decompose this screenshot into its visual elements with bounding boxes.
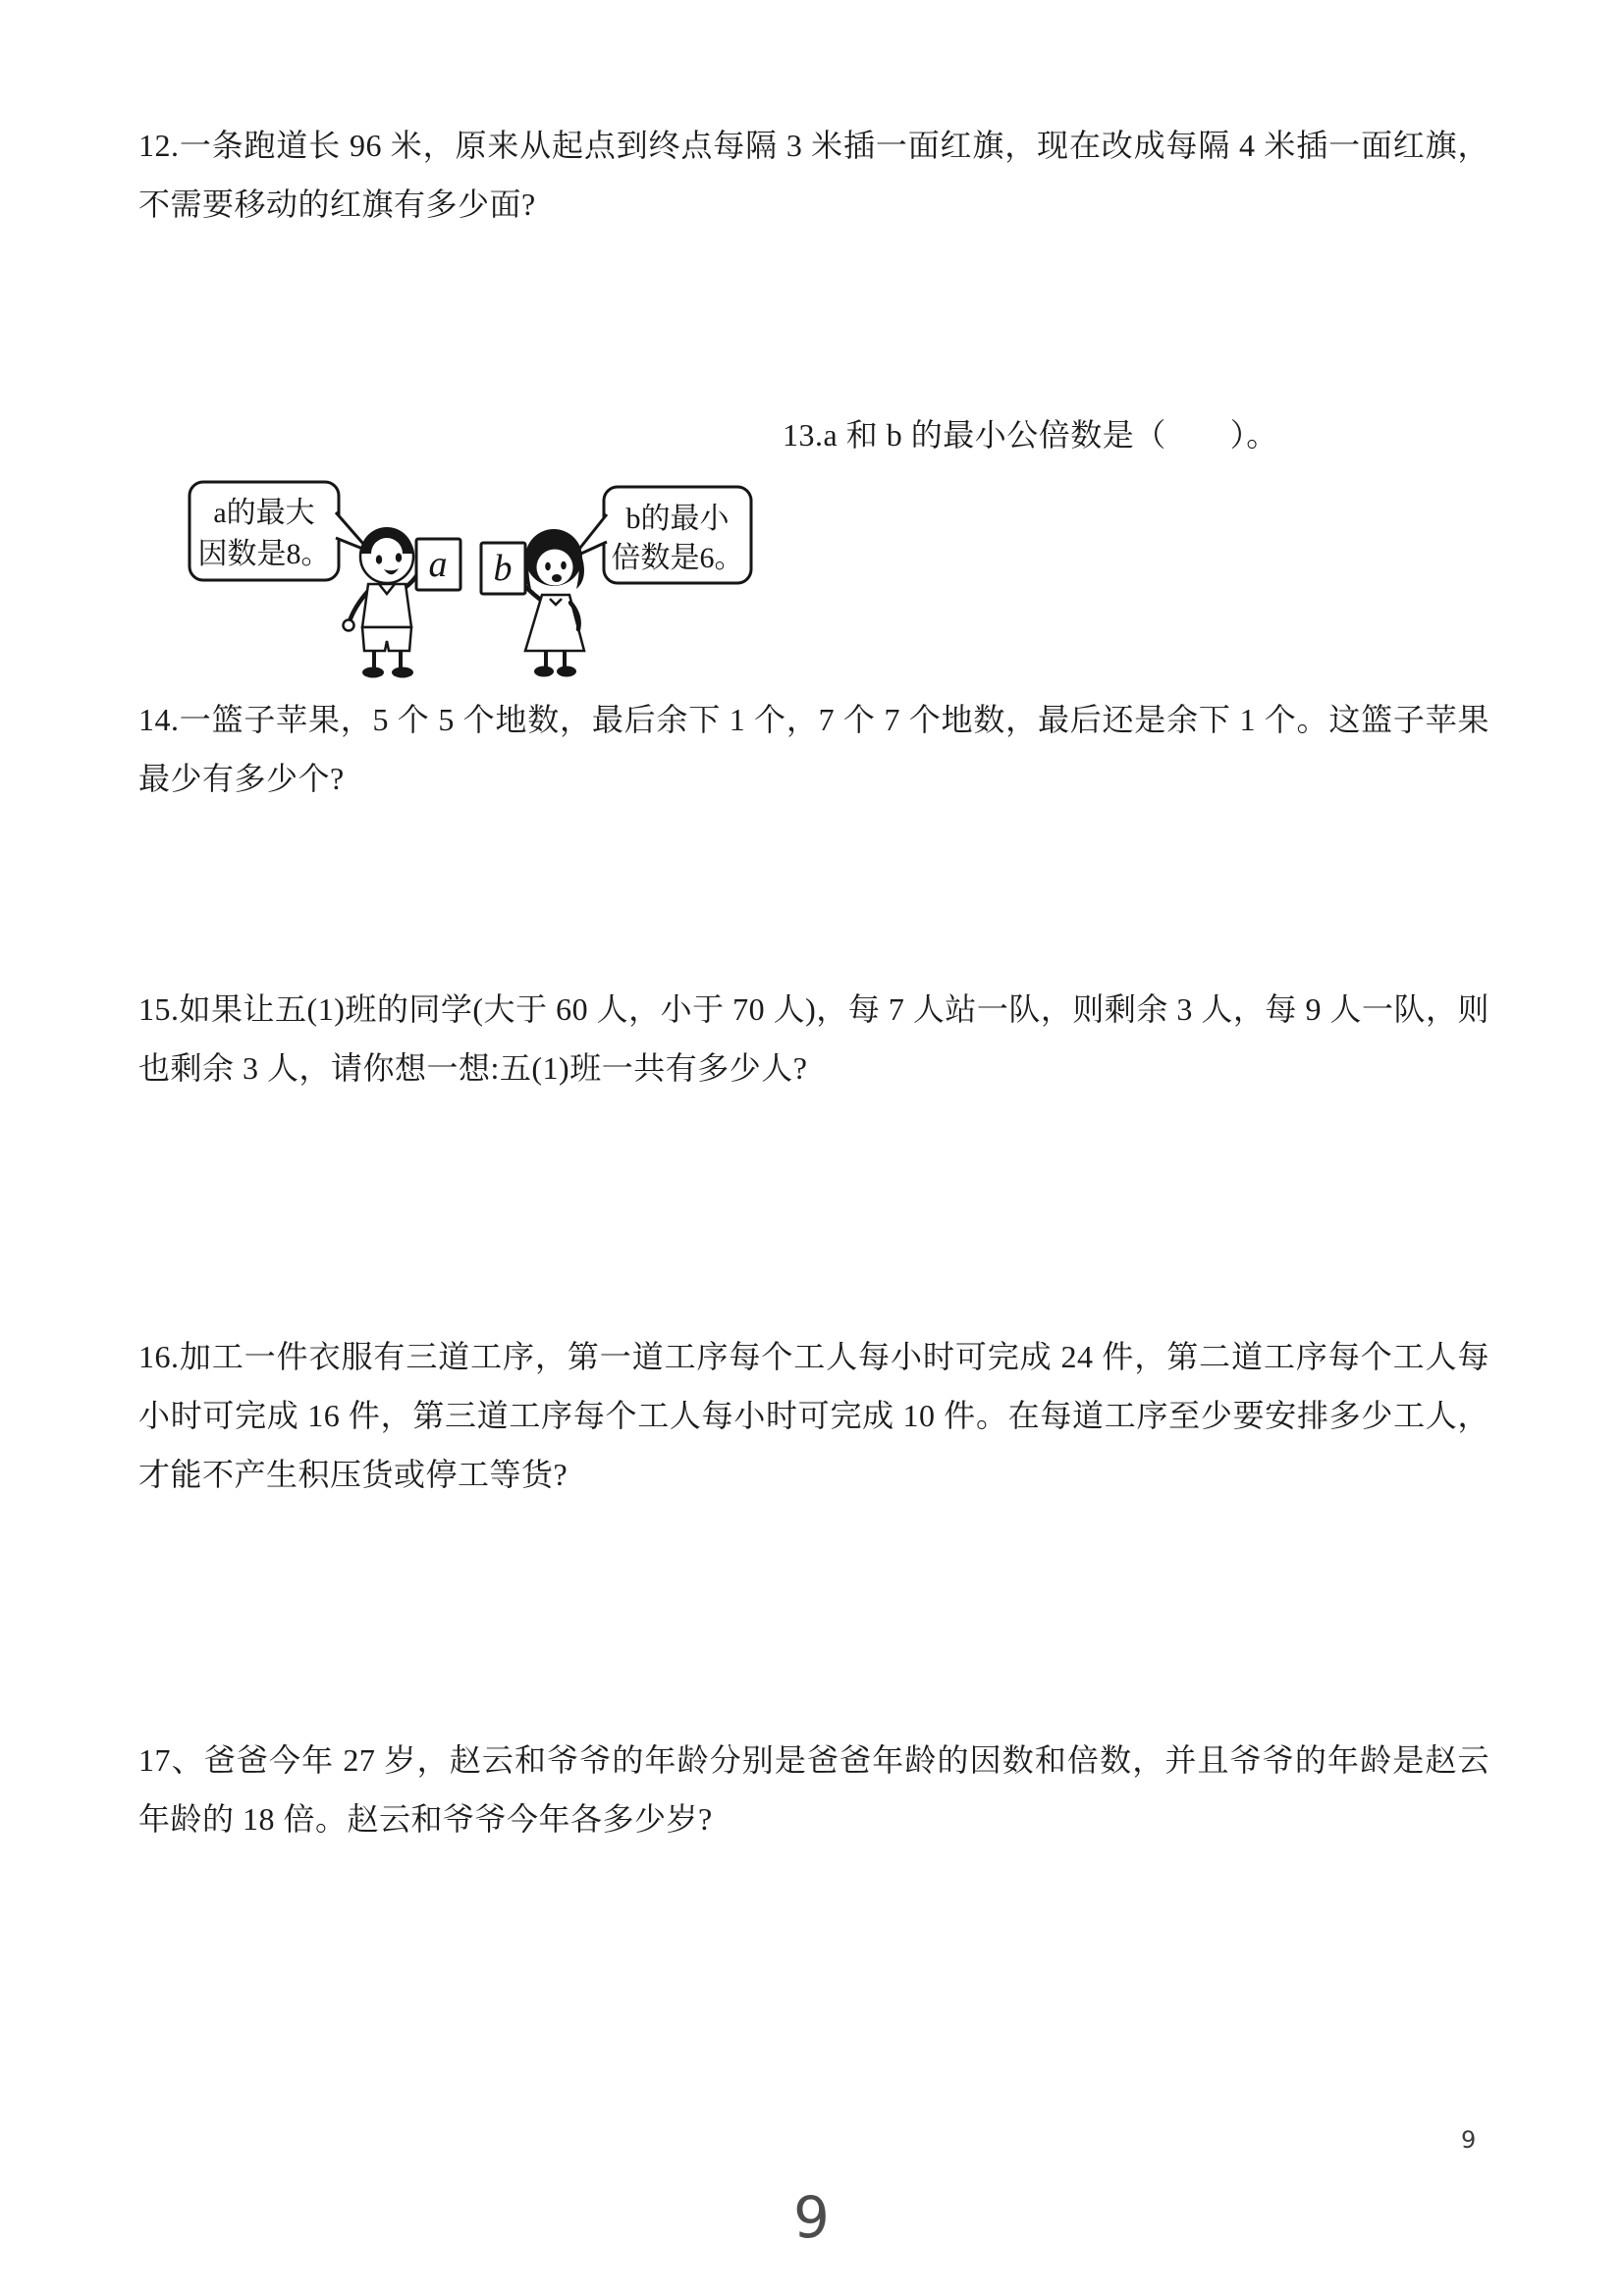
- question-14: 14.一篮子苹果，5 个 5 个地数，最后余下 1 个，7 个 7 个地数，最后…: [138, 690, 1489, 808]
- viewer-page-number: 9: [0, 2189, 1623, 2246]
- footer-page-number: 9: [1461, 2128, 1476, 2152]
- speech-bubble-left: a的最大 因数是8。: [189, 482, 370, 580]
- question-13: 13.a 和 b 的最小公倍数是（ ）。: [783, 405, 1278, 464]
- left-bubble-line1: a的最大: [213, 497, 314, 529]
- right-bubble-line2: 倍数是6。: [612, 542, 744, 574]
- worksheet-page: 12.一条跑道长 96 米，原来从起点到终点每隔 3 米插一面红旗，现在改成每隔…: [0, 0, 1623, 2296]
- left-bubble-line2: 因数是8。: [198, 538, 331, 570]
- card-a: a: [416, 539, 460, 590]
- speech-bubble-right: b的最小 倍数是6。: [572, 487, 751, 583]
- question-15: 15.如果让五(1)班的同学(大于 60 人，小于 70 人)，每 7 人站一队…: [138, 980, 1489, 1097]
- card-b: b: [481, 543, 525, 594]
- card-a-label: a: [429, 544, 448, 585]
- question-17: 17、爸爸今年 27 岁，赵云和爷爷的年龄分别是爸爸年龄的因数和倍数，并且爷爷的…: [138, 1731, 1489, 1848]
- question-16: 16.加工一件衣服有三道工序，第一道工序每个工人每小时可完成 24 件，第二道工…: [138, 1327, 1489, 1504]
- card-b-label: b: [494, 548, 513, 589]
- question-12: 12.一条跑道长 96 米，原来从起点到终点每隔 3 米插一面红旗，现在改成每隔…: [138, 116, 1489, 234]
- girl-figure: [523, 529, 584, 677]
- right-bubble-line1: b的最小: [626, 503, 730, 535]
- lcm-illustration: a的最大 因数是8。 b的最小 倍数是6。: [121, 455, 764, 686]
- boy-figure: [344, 527, 422, 678]
